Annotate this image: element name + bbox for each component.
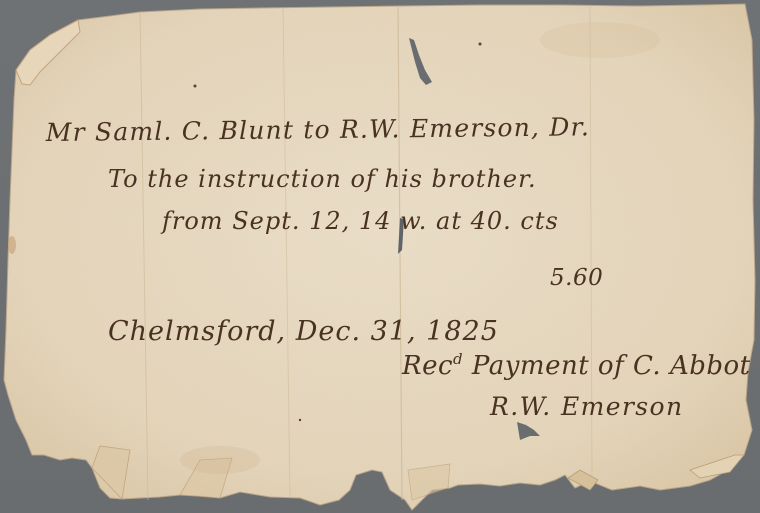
received-abbrev: Rec bbox=[402, 351, 453, 381]
paper-shape bbox=[0, 0, 760, 513]
amount-total: 5.60 bbox=[550, 265, 603, 291]
received-payment-line: Recd Payment of C. Abbot bbox=[402, 350, 751, 381]
instruction-line: To the instruction of his brother. bbox=[108, 165, 537, 193]
received-superscript: d bbox=[453, 350, 463, 368]
received-payer: Payment of C. Abbot bbox=[463, 351, 750, 381]
period-rate-line: from Sept. 12, 14 w. at 40. cts bbox=[162, 207, 559, 235]
debtor-line: Mr Saml. C. Blunt to R.W. Emerson, Dr. bbox=[46, 112, 591, 147]
place-date-line: Chelmsford, Dec. 31, 1825 bbox=[108, 316, 499, 347]
signature: R.W. Emerson bbox=[490, 392, 683, 421]
paper-sheet bbox=[0, 0, 760, 513]
